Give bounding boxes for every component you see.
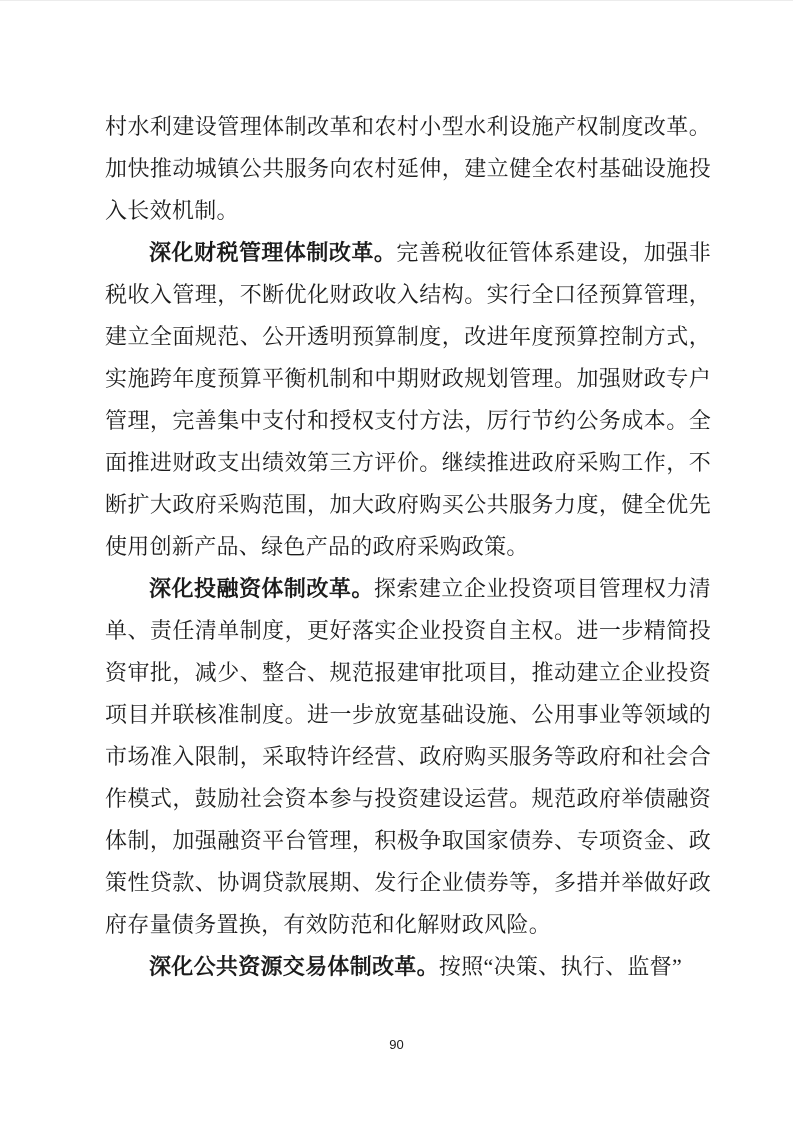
paragraph: 村水利建设管理体制改革和农村小型水利设施产权制度改革。加快推动城镇公共服务向农村… <box>105 106 711 232</box>
paragraph-heading: 深化投融资体制改革。 <box>149 576 374 601</box>
paragraph-text: 按照“决策、执行、监督” <box>439 954 682 979</box>
paragraph: 深化公共资源交易体制改革。按照“决策、执行、监督” <box>105 946 711 988</box>
page-number: 90 <box>0 1037 793 1052</box>
paragraph: 深化财税管理体制改革。完善税收征管体系建设，加强非税收入管理，不断优化财政收入结… <box>105 232 711 568</box>
paragraph-text: 探索建立企业投资项目管理权力清单、责任清单制度，更好落实企业投资自主权。进一步精… <box>105 576 711 937</box>
paragraph-heading: 深化财税管理体制改革。 <box>149 240 396 265</box>
document-body: 村水利建设管理体制改革和农村小型水利设施产权制度改革。加快推动城镇公共服务向农村… <box>105 106 711 988</box>
paragraph-text: 完善税收征管体系建设，加强非税收入管理，不断优化财政收入结构。实行全口径预算管理… <box>105 240 711 559</box>
paragraph-text: 村水利建设管理体制改革和农村小型水利设施产权制度改革。加快推动城镇公共服务向农村… <box>105 114 711 223</box>
paragraph-heading: 深化公共资源交易体制改革。 <box>149 954 439 979</box>
paragraph: 深化投融资体制改革。探索建立企业投资项目管理权力清单、责任清单制度，更好落实企业… <box>105 568 711 946</box>
document-page: 村水利建设管理体制改革和农村小型水利设施产权制度改革。加快推动城镇公共服务向农村… <box>0 0 793 1122</box>
